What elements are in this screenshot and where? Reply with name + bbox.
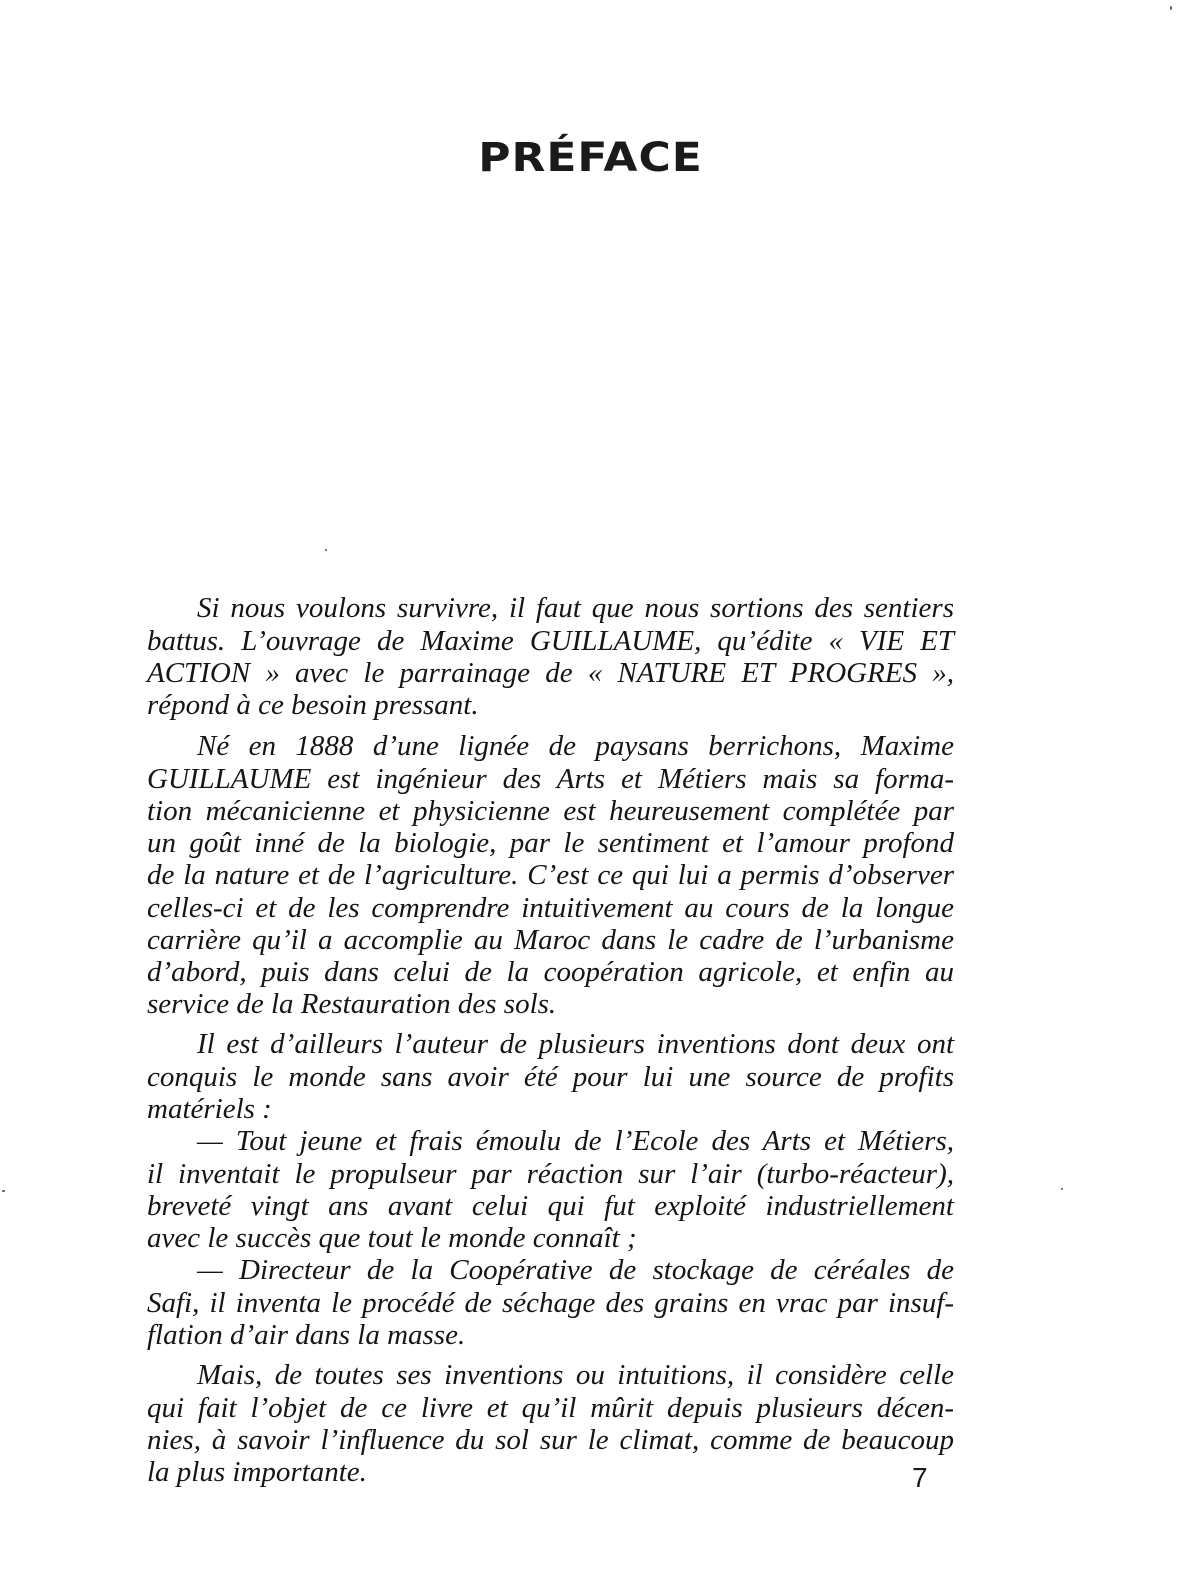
text-line: nies, à savoir l’influence du sol sur le… bbox=[147, 1423, 954, 1457]
text-line: GUILLAUME est ingénieur des Arts et Méti… bbox=[147, 762, 954, 796]
text-line: Il est d’ailleurs l’auteur de plusieurs … bbox=[197, 1027, 954, 1061]
text-line: battus. L’ouvrage de Maxime GUILLAUME, q… bbox=[147, 624, 954, 658]
text-line: celles-ci et de les comprendre intuitive… bbox=[147, 891, 954, 925]
text-line: tion mécanicienne et physicienne est heu… bbox=[147, 794, 954, 828]
text-line: service de la Restauration des sols. bbox=[147, 987, 954, 1021]
text-line: la plus importante. bbox=[147, 1455, 954, 1489]
scan-speck bbox=[1170, 6, 1172, 10]
text-line: d’abord, puis dans celui de la coopérati… bbox=[147, 955, 954, 989]
text-line: qui fait l’objet de ce livre et qu’il mû… bbox=[147, 1391, 954, 1425]
text-line: matériels : bbox=[147, 1092, 954, 1126]
text-line: Mais, de toutes ses inventions ou intuit… bbox=[197, 1358, 954, 1392]
text-line: carrière qu’il a accomplie au Maroc dans… bbox=[147, 923, 954, 957]
text-line: ACTION » avec le parrainage de « NATURE … bbox=[147, 656, 954, 690]
text-line: répond à ce besoin pressant. bbox=[147, 688, 954, 722]
book-page: PRÉFACE Si nous voulons survivre, il fau… bbox=[0, 0, 1181, 1584]
text-line: flation d’air dans la masse. bbox=[147, 1318, 954, 1352]
text-line: — Tout jeune et frais émoulu de l’Ecole … bbox=[197, 1124, 954, 1158]
text-line: Si nous voulons survivre, il faut que no… bbox=[197, 591, 954, 625]
text-line: un goût inné de la biologie, par le sent… bbox=[147, 826, 954, 860]
text-line: Né en 1888 d’une lignée de paysans berri… bbox=[197, 729, 954, 763]
scan-speck bbox=[2, 1190, 5, 1192]
scan-speck bbox=[1061, 1188, 1063, 1190]
text-line: avec le succès que tout le monde connaît… bbox=[147, 1221, 954, 1255]
page-title: PRÉFACE bbox=[0, 134, 1181, 181]
text-line: il inventait le propulseur par réaction … bbox=[147, 1157, 954, 1191]
text-line: de la nature et de l’agriculture. C’est … bbox=[147, 858, 954, 892]
scan-speck bbox=[325, 549, 327, 551]
text-line: Safi, il inventa le procédé de séchage d… bbox=[147, 1286, 954, 1320]
text-line: breveté vingt ans avant celui qui fut ex… bbox=[147, 1189, 954, 1223]
page-number: 7 bbox=[912, 1462, 928, 1494]
text-line: conquis le monde sans avoir été pour lui… bbox=[147, 1060, 954, 1094]
text-line: — Directeur de la Coopérative de stockag… bbox=[197, 1253, 954, 1287]
